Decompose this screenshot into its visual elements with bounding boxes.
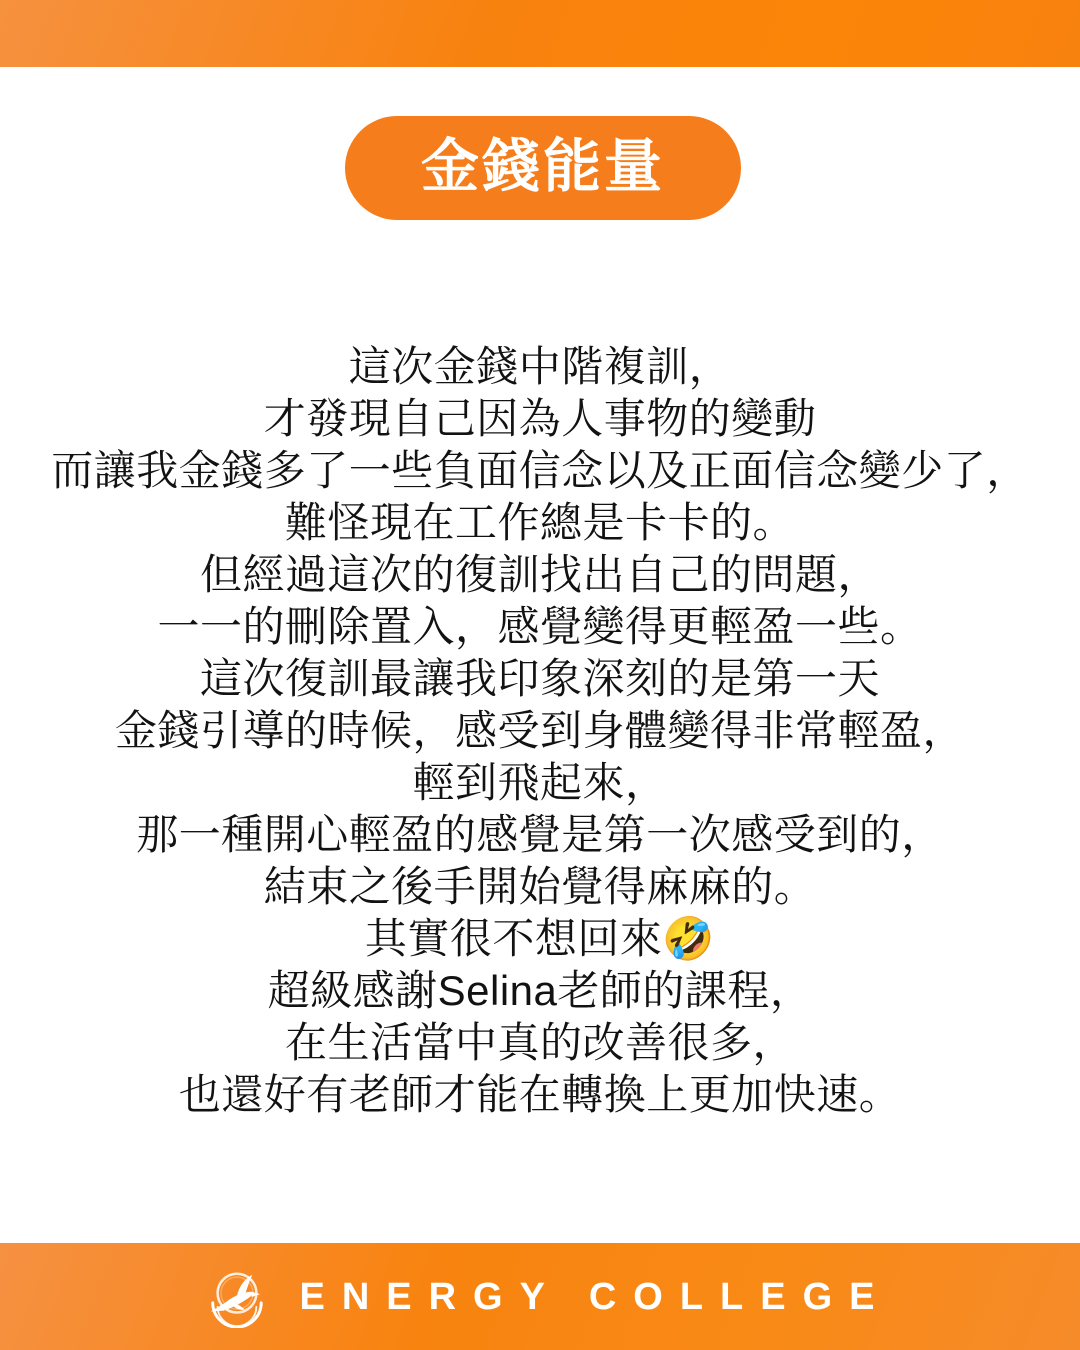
testimonial-line: 超級感謝Selina老師的課程， (30, 965, 1050, 1017)
brand-name: ENERGY COLLEGE (299, 1278, 891, 1316)
testimonial-poster: 金錢能量 這次金錢中階複訓， 才發現自己因為人事物的變動 而讓我金錢多了一些負面… (0, 0, 1080, 1350)
testimonial-line: 那一種開心輕盈的感覺是第一次感受到的， (30, 809, 1050, 861)
testimonial-line: 在生活當中真的改善很多， (30, 1017, 1050, 1069)
testimonial-line: 輕到飛起來， (30, 757, 1050, 809)
title-badge: 金錢能量 (345, 116, 741, 220)
testimonial-line: 也還好有老師才能在轉換上更加快速。 (30, 1069, 1050, 1121)
testimonial-line: 這次復訓最讓我印象深刻的是第一天 (30, 653, 1050, 705)
testimonial-line: 這次金錢中階複訓， (30, 341, 1050, 393)
testimonial-line: 但經過這次的復訓找出自己的問題， (30, 549, 1050, 601)
testimonial-line: 結束之後手開始覺得麻麻的。 (30, 861, 1050, 913)
testimonial-line: 難怪現在工作總是卡卡的。 (30, 497, 1050, 549)
testimonial-text-block: 這次金錢中階複訓， 才發現自己因為人事物的變動 而讓我金錢多了一些負面信念以及正… (30, 341, 1050, 1121)
testimonial-line: 其實很不想回來🤣 (30, 913, 1050, 965)
testimonial-line: 而讓我金錢多了一些負面信念以及正面信念變少了， (30, 445, 1050, 497)
top-orange-band (0, 0, 1080, 67)
testimonial-line: 才發現自己因為人事物的變動 (30, 393, 1050, 445)
testimonial-line: 金錢引導的時候，感受到身體變得非常輕盈， (30, 705, 1050, 757)
bird-logo-icon (205, 1266, 267, 1328)
page-title: 金錢能量 (421, 138, 665, 196)
testimonial-line: 一一的刪除置入，感覺變得更輕盈一些。 (30, 601, 1050, 653)
footer-orange-band: ENERGY COLLEGE (0, 1243, 1080, 1350)
